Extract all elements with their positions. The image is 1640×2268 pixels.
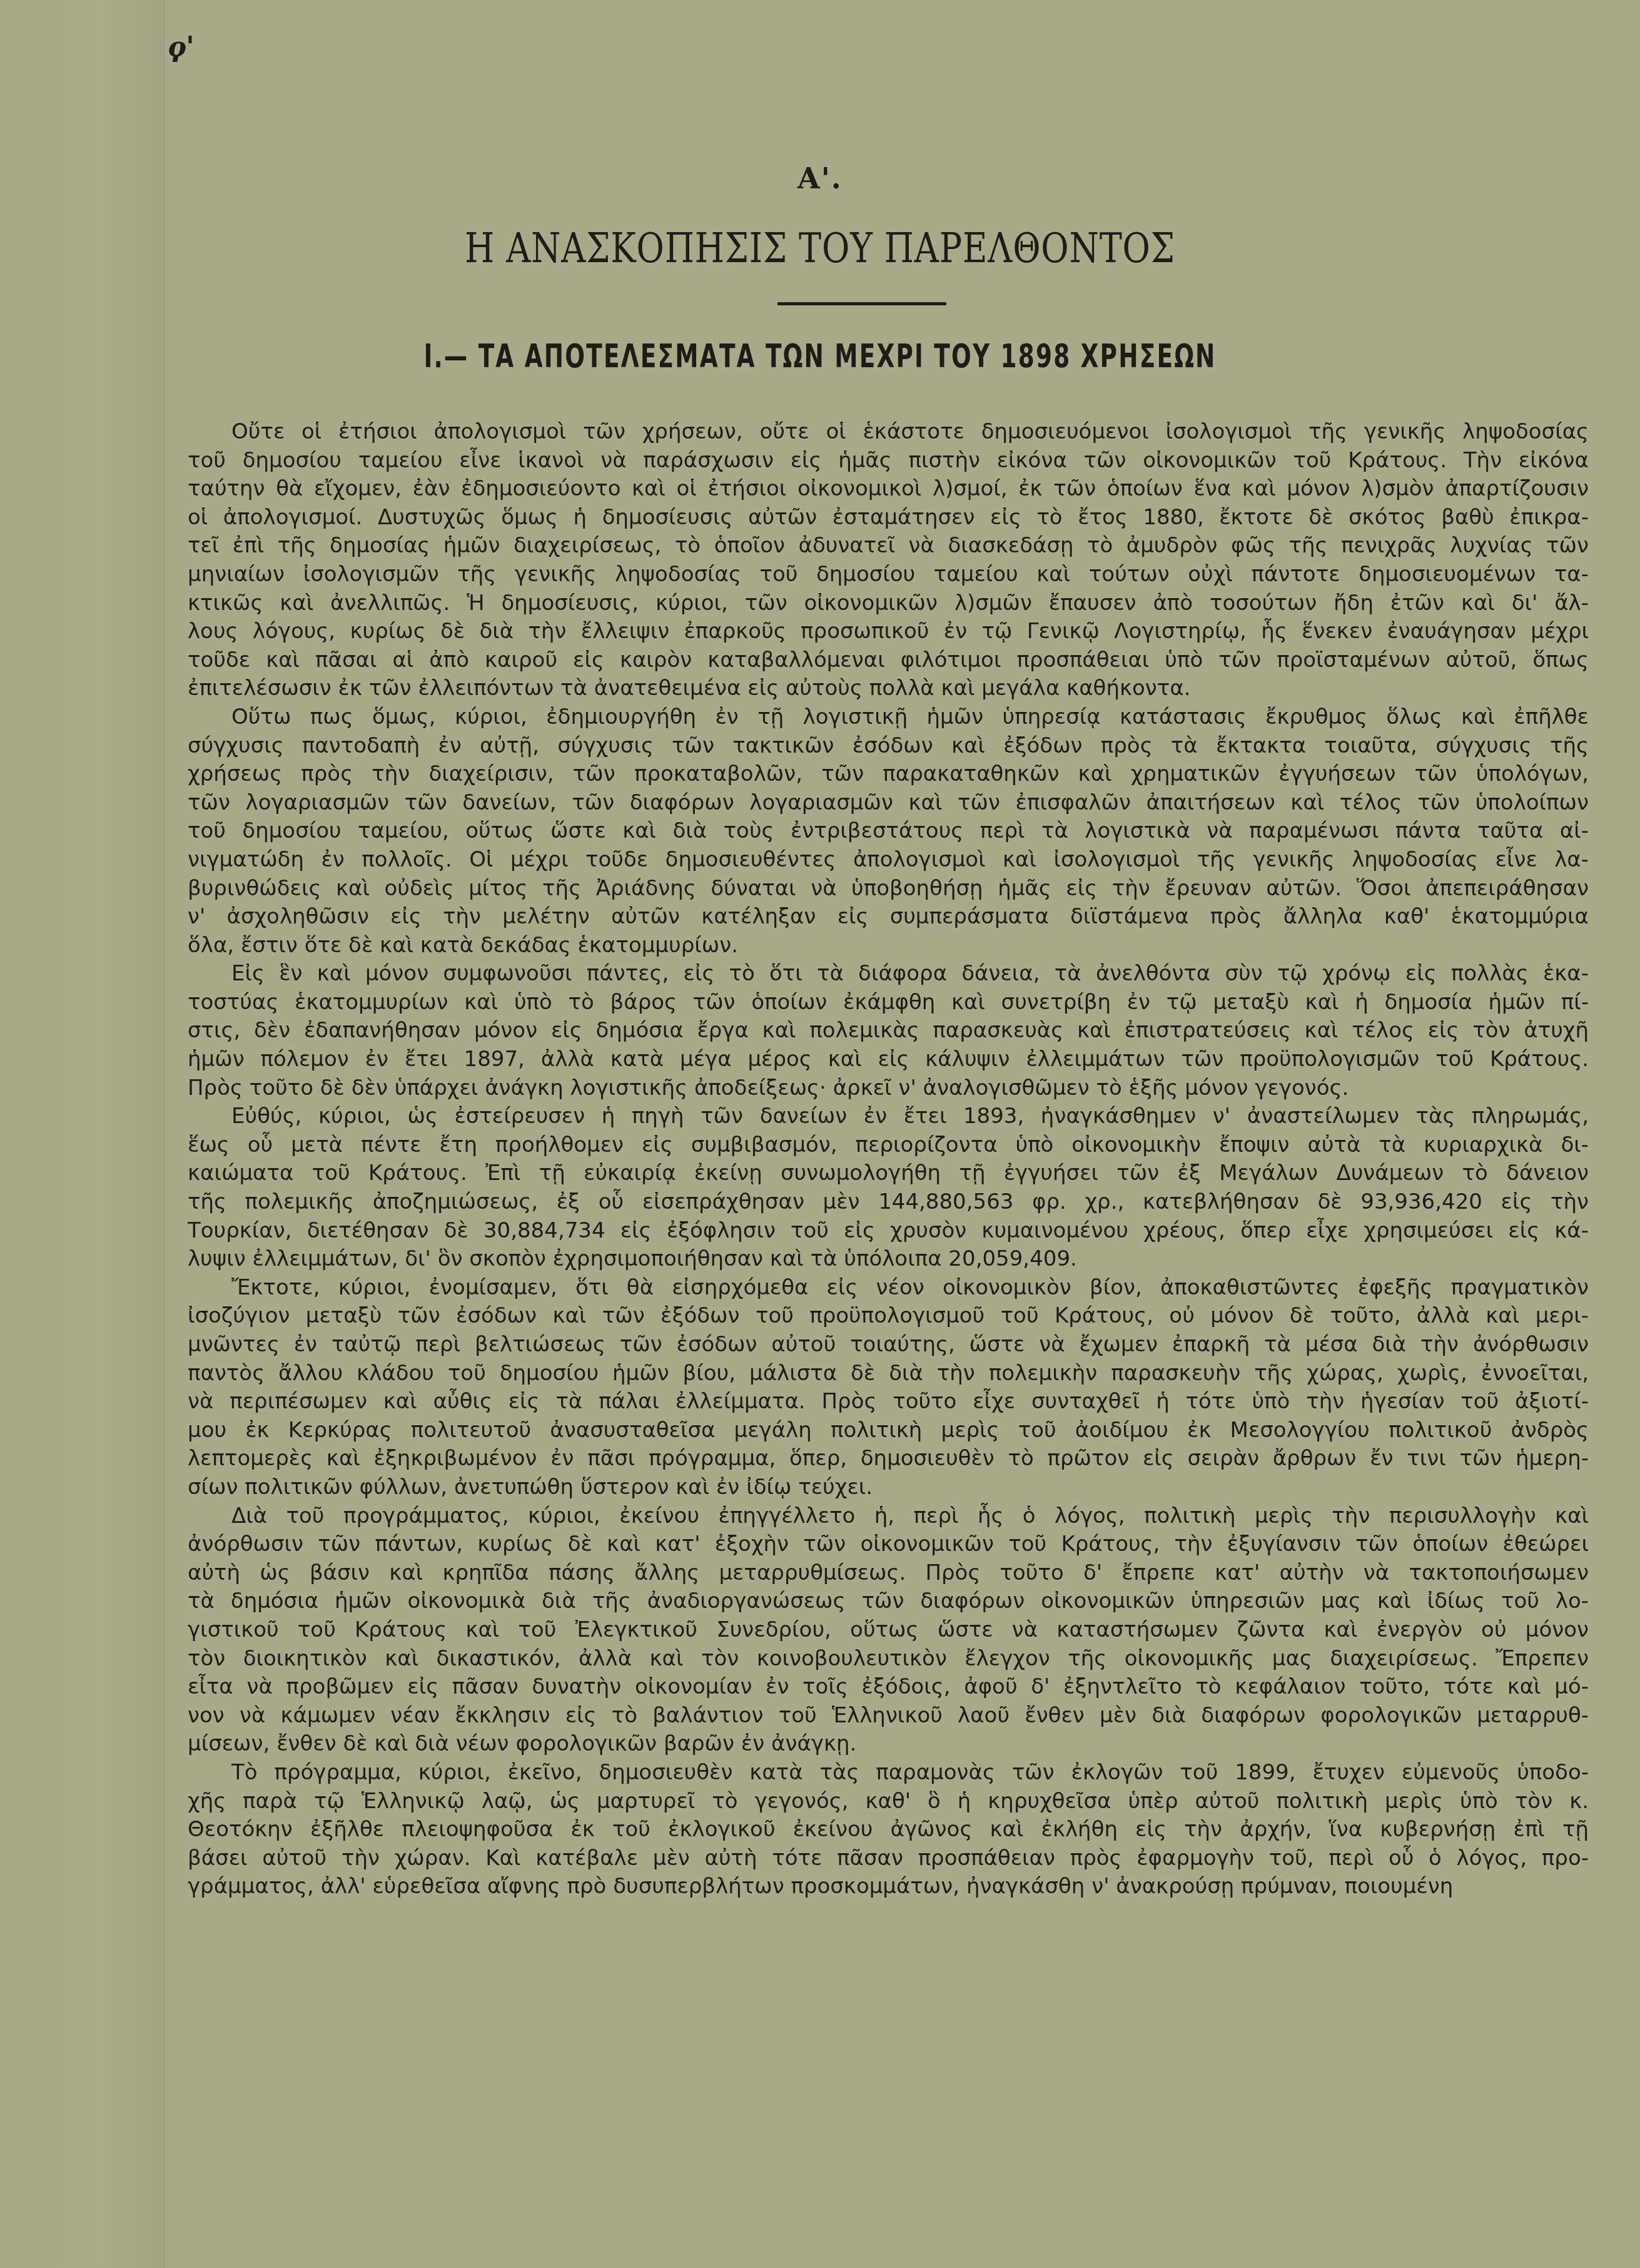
text-line: μου ἐκ Κερκύρας πολιτευτοῦ ἀνασυσταθεῖσα…: [188, 1416, 1589, 1445]
paragraph: Οὕτω πως ὅμως, κύριοι, ἐδημιουργήθη ἐν τ…: [188, 703, 1589, 960]
paragraph: Εἰς ἓν καὶ μόνον συμφωνοῦσι πάντες, εἰς …: [188, 960, 1589, 1102]
text-line: Πρὸς τοῦτο δὲ δὲν ὑπάρχει ἀνάγκη λογιστι…: [188, 1074, 1589, 1103]
text-line: νιγματώδη ἐν πολλοῖς. Οἱ μέχρι τοῦδε δημ…: [188, 846, 1589, 875]
body-text: Οὔτε οἱ ἐτήσιοι ἀπολογισμοὶ τῶν χρήσεων,…: [188, 418, 1589, 1901]
section-subheading: Ι.— ΤΑ ΑΠΟΤΕΛΕΣΜΑΤΑ ΤΩΝ ΜΕΧΡΙ ΤΟΥ 1898 Χ…: [230, 338, 1410, 375]
text-line: σίων πολιτικῶν φύλλων, ἀνετυπώθη ὕστερον…: [188, 1473, 1589, 1502]
text-line: ἡμῶν πόλεμον ἐν ἔτει 1897, ἀλλὰ κατὰ μέγ…: [188, 1045, 1589, 1074]
text-line: βυρινθώδεις καὶ οὐδεὶς μίτος τῆς Ἀριάδνη…: [188, 875, 1589, 903]
text-line: ἀνόρθωσιν τῶν πάντων, κυρίως δὲ καὶ κατ'…: [188, 1530, 1589, 1559]
text-line: Θεοτόκην ἐξῆλθε πλειοψηφοῦσα ἐκ τοῦ ἐκλο…: [188, 1816, 1589, 1844]
text-line: σύγχυσις παντοδαπὴ ἐν αὐτῇ, σύγχυσις τῶν…: [188, 732, 1589, 761]
text-line: Τὸ πρόγραμμα, κύριοι, ἐκεῖνο, δημοσιευθὲ…: [188, 1759, 1589, 1787]
text-line: τὸν διοικητικὸν καὶ δικαστικόν, ἀλλὰ καὶ…: [188, 1645, 1589, 1674]
text-line: Διὰ τοῦ προγράμματος, κύριοι, ἐκείνου ἐπ…: [188, 1502, 1589, 1531]
text-line: οἱ ἀπολογισμοί. Δυστυχῶς ὅμως ἡ δημοσίευ…: [188, 504, 1589, 532]
text-line: τὰ δημόσια ἡμῶν οἰκονομικὰ διὰ τῆς ἀναδι…: [188, 1587, 1589, 1616]
text-line: ταύτην θὰ εἴχομεν, ἐὰν ἐδημοσιεύοντο καὶ…: [188, 475, 1589, 504]
text-line: τεῖ ἐπὶ τῆς δημοσίας ἡμῶν διαχειρίσεως, …: [188, 532, 1589, 561]
chapter-title: Η ΑΝΑΣΚΟΠΗΣΙΣ ΤΟΥ ΠΑΡΕΛΘΟΝΤΟΣ: [148, 224, 1492, 272]
paragraph: Ἔκτοτε, κύριοι, ἐνομίσαμεν, ὅτι θὰ εἰσηρ…: [188, 1274, 1589, 1502]
text-line: τοστύας ἑκατομμυρίων καὶ ὑπὸ τὸ βάρος τῶ…: [188, 989, 1589, 1017]
text-line: τοῦ δημοσίου ταμείου εἶνε ἱκανοὶ νὰ παρά…: [188, 447, 1589, 475]
paragraph: Οὔτε οἱ ἐτήσιοι ἀπολογισμοὶ τῶν χρήσεων,…: [188, 418, 1589, 703]
text-line: γράμματος, ἀλλ' εὑρεθεῖσα αἴφνης πρὸ δυσ…: [188, 1873, 1589, 1901]
text-line: ἕως οὗ μετὰ πέντε ἔτη προήλθομεν εἰς συμ…: [188, 1131, 1589, 1160]
text-line: μηνιαίων ἰσολογισμῶν τῆς γενικῆς ληψοδοσ…: [188, 561, 1589, 589]
text-line: καιώματα τοῦ Κράτους. Ἐπὶ τῇ εὐκαιρίᾳ ἐκ…: [188, 1159, 1589, 1188]
text-line: Οὕτω πως ὅμως, κύριοι, ἐδημιουργήθη ἐν τ…: [188, 703, 1589, 732]
text-line: ν' ἀσχοληθῶσιν εἰς τὴν μελέτην αὐτῶν κατ…: [188, 903, 1589, 932]
text-line: Ἔκτοτε, κύριοι, ἐνομίσαμεν, ὅτι θὰ εἰσηρ…: [188, 1274, 1589, 1303]
text-line: νὰ περιπέσωμεν καὶ αὖθις εἰς τὰ πάλαι ἐλ…: [188, 1388, 1589, 1416]
text-line: κτικῶς καὶ ἀνελλιπῶς. Ἡ δημοσίευσις, κύρ…: [188, 589, 1589, 618]
text-line: τῆς πολεμικῆς ἀποζημιώσεως, ἐξ οὗ εἰσεπρ…: [188, 1188, 1589, 1217]
section-letter: Α'.: [0, 161, 1640, 195]
text-line: λους λόγους, κυρίως δὲ διὰ τὴν ἔλλειψιν …: [188, 618, 1589, 646]
text-line: χρήσεως πρὸς τὴν διαχείρισιν, τῶν προκατ…: [188, 760, 1589, 789]
paragraph: Τὸ πρόγραμμα, κύριοι, ἐκεῖνο, δημοσιευθὲ…: [188, 1759, 1589, 1901]
text-line: τοῦ δημοσίου ταμείου, οὕτως ὥστε καὶ διὰ…: [188, 817, 1589, 846]
text-line: νον νὰ κάμωμεν νέαν ἔκκλησιν εἰς τὸ βαλά…: [188, 1702, 1589, 1731]
text-line: Οὔτε οἱ ἐτήσιοι ἀπολογισμοὶ τῶν χρήσεων,…: [188, 418, 1589, 447]
text-line: ὅλα, ἔστιν ὅτε δὲ καὶ κατὰ δεκάδας ἑκατο…: [188, 932, 1589, 960]
text-line: εἶτα νὰ προβῶμεν εἰς πᾶσαν δυνατὴν οἰκον…: [188, 1673, 1589, 1702]
paragraph: Διὰ τοῦ προγράμματος, κύριοι, ἐκείνου ἐπ…: [188, 1502, 1589, 1759]
page-margin: [0, 0, 166, 2268]
text-line: στις, δὲν ἐδαπανήθησαν μόνον εἰς δημόσια…: [188, 1017, 1589, 1045]
text-line: λυψιν ἐλλειμμάτων, δι' ὃν σκοπὸν ἐχρησιμ…: [188, 1245, 1589, 1274]
text-line: ἰσοζύγιον μεταξὺ τῶν ἐσόδων καὶ τῶν ἐξόδ…: [188, 1302, 1589, 1331]
page-fold: [164, 0, 168, 2268]
title-divider: [777, 302, 946, 305]
text-line: μίσεων, ἔνθεν δὲ καὶ διὰ νέων φορολογικῶ…: [188, 1730, 1589, 1759]
text-line: τοῦδε καὶ πᾶσαι αἱ ἀπὸ καιροῦ εἰς καιρὸν…: [188, 646, 1589, 675]
text-line: τῶν λογαριασμῶν τῶν δανείων, τῶν διαφόρω…: [188, 789, 1589, 818]
paragraph: Εὐθύς, κύριοι, ὡς ἐστείρευσεν ἡ πηγὴ τῶν…: [188, 1102, 1589, 1274]
text-line: μνῶντες ἐν ταὐτῷ περὶ βελτιώσεως τῶν ἐσό…: [188, 1331, 1589, 1360]
text-line: βάσει αὐτοῦ τὴν χώραν. Καὶ κατέβαλε μὲν …: [188, 1844, 1589, 1873]
text-line: ἐπιτελέσωσιν ἐκ τῶν ἐλλειπόντων τὰ ἀνατε…: [188, 674, 1589, 703]
text-line: παντὸς ἄλλου κλάδου τοῦ δημοσίου ἡμῶν βί…: [188, 1360, 1589, 1388]
text-line: Τουρκίαν, διετέθησαν δὲ 30,884,734 εἰς ἐ…: [188, 1217, 1589, 1246]
page-number: ϙ': [168, 31, 195, 63]
text-line: Εἰς ἓν καὶ μόνον συμφωνοῦσι πάντες, εἰς …: [188, 960, 1589, 989]
text-line: χῆς παρὰ τῷ Ἑλληνικῷ λαῷ, ὡς μαρτυρεῖ τὸ…: [188, 1787, 1589, 1816]
text-line: Εὐθύς, κύριοι, ὡς ἐστείρευσεν ἡ πηγὴ τῶν…: [188, 1102, 1589, 1131]
text-line: αὐτὴ ὡς βάσιν καὶ κρηπῖδα πάσης ἄλλης με…: [188, 1559, 1589, 1588]
text-line: γιστικοῦ τοῦ Κράτους καὶ τοῦ Ἐλεγκτικοῦ …: [188, 1616, 1589, 1645]
text-line: λεπτομερὲς καὶ ἐξηκριβωμένον ἐν πᾶσι πρό…: [188, 1445, 1589, 1473]
